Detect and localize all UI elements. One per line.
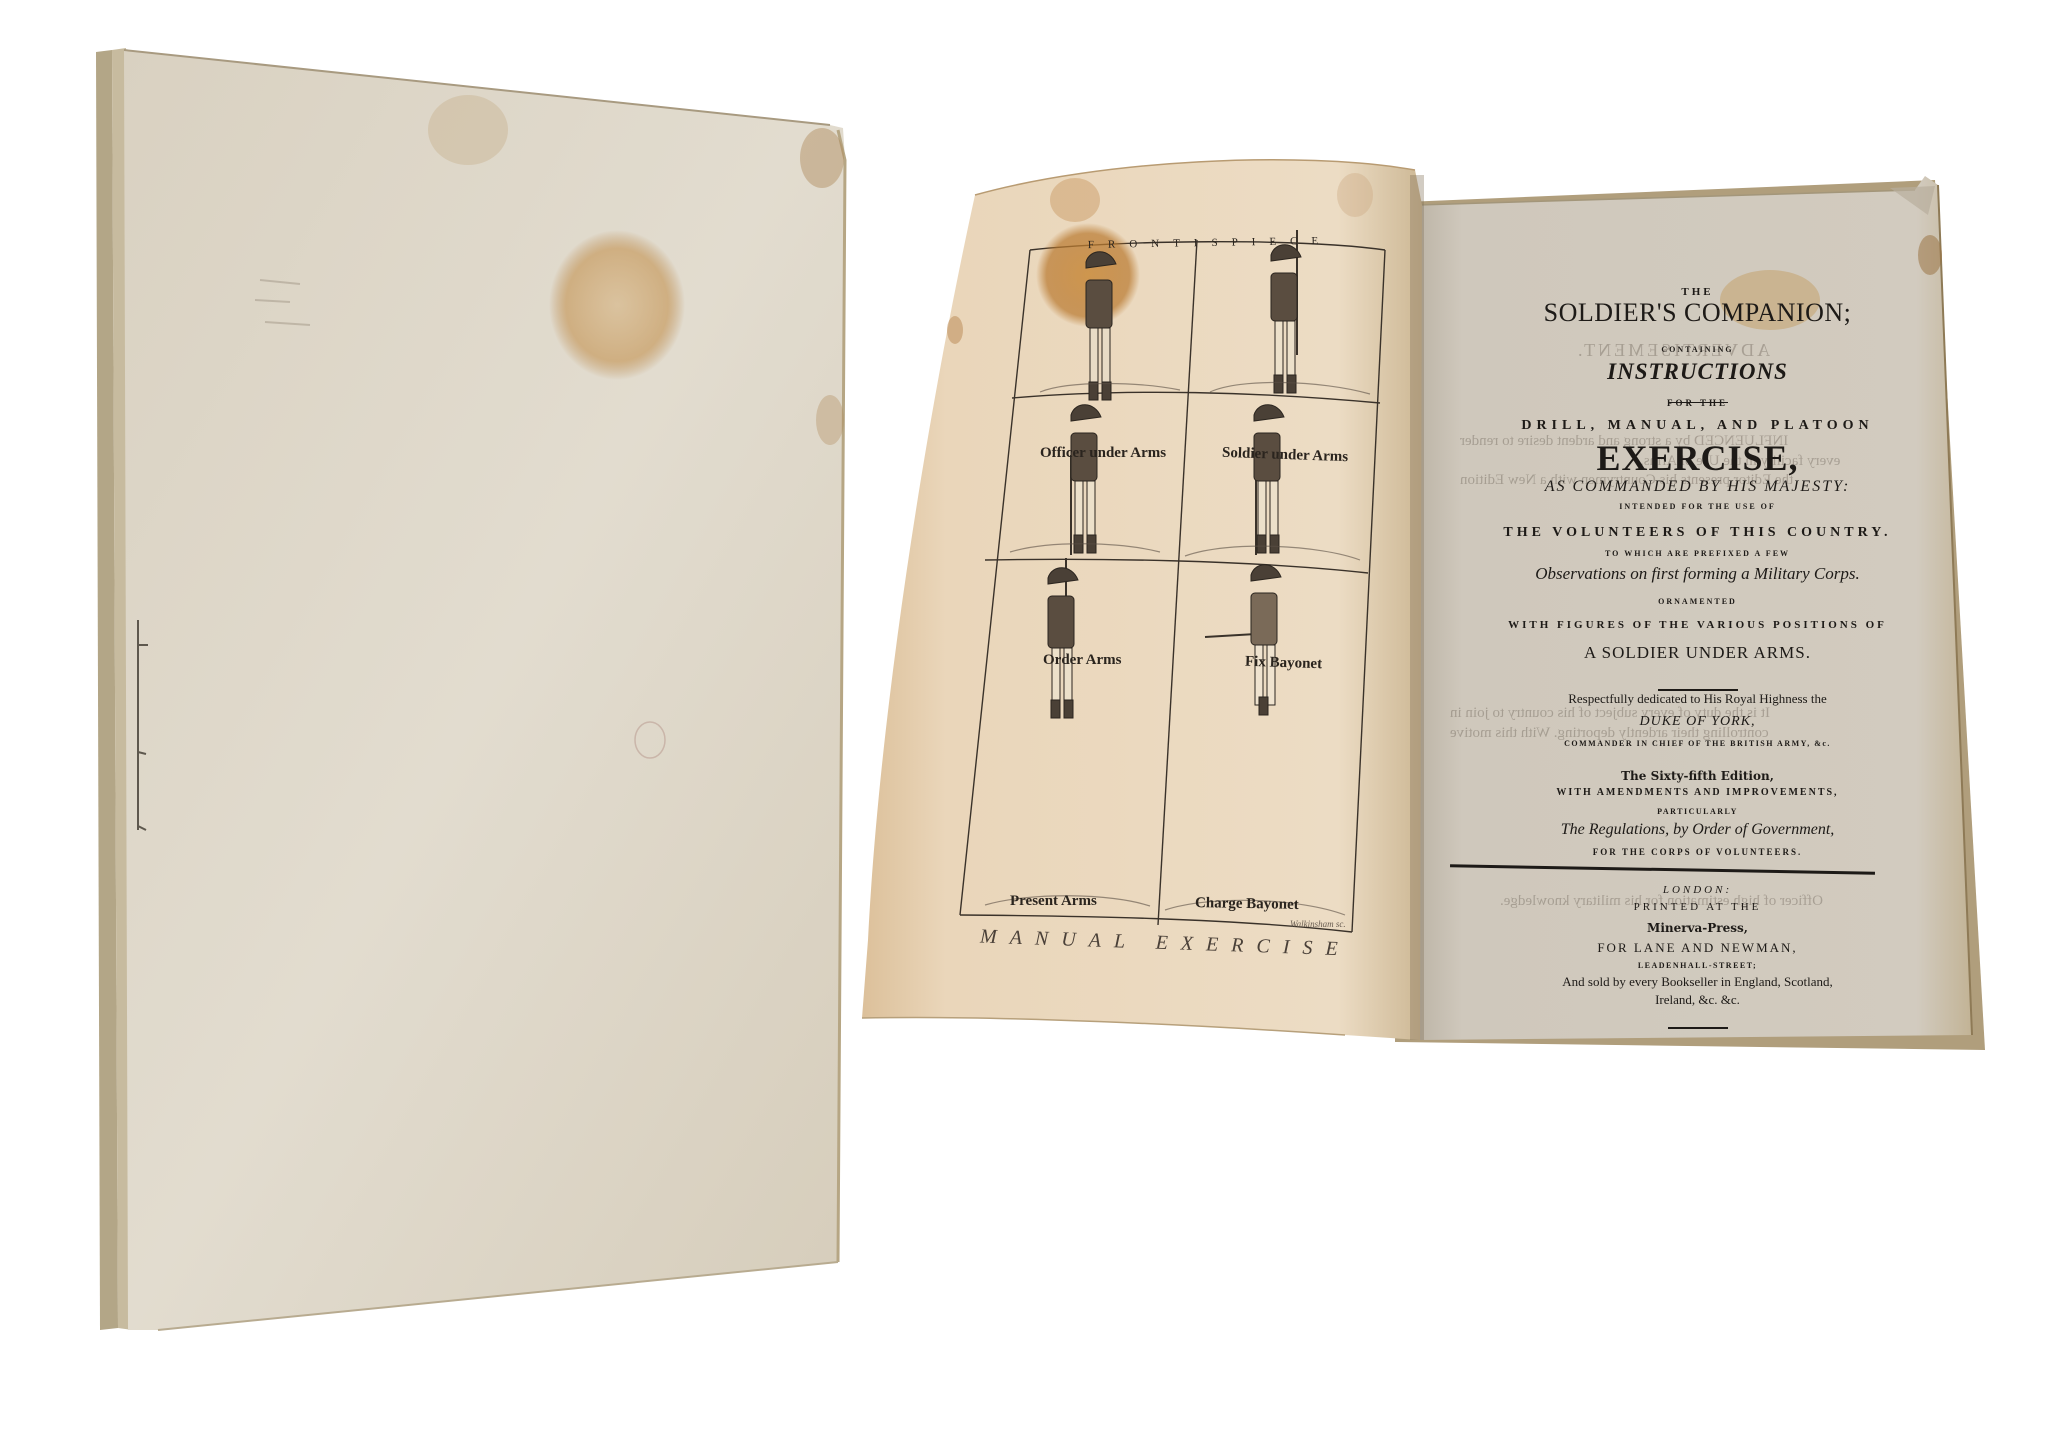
title-particularly: PARTICULARLY	[1425, 808, 1970, 816]
imprint-sold: And sold by every Bookseller in England,…	[1425, 975, 1970, 988]
plate-caption-charge-bayonet: Charge Bayonet	[1195, 895, 1299, 914]
imprint-london: LONDON:	[1425, 885, 1970, 896]
title-amendments: WITH AMENDMENTS AND IMPROVEMENTS,	[1425, 788, 1970, 798]
title-exercise: EXERCISE,	[1425, 440, 1970, 476]
title-soldier-under-arms: A SOLDIER UNDER ARMS.	[1425, 644, 1970, 661]
coffee-stain	[549, 230, 685, 380]
book-title: SOLDIER'S COMPANION;	[1425, 300, 1970, 326]
imprint-publisher: FOR LANE AND NEWMAN,	[1425, 941, 1970, 954]
title-prefixed: TO WHICH ARE PREFIXED A FEW	[1425, 550, 1970, 558]
title-regulations: The Regulations, by Order of Government,	[1425, 822, 1970, 838]
plate-caption-order-arms: Order Arms	[1043, 652, 1121, 669]
plate-caption-officer: Officer under Arms	[1040, 445, 1166, 462]
title-edition: The Sixty-fifth Edition,	[1425, 770, 1970, 782]
imprint-printed: PRINTED AT THE	[1425, 902, 1970, 913]
title-ornamented: ORNAMENTED	[1425, 598, 1970, 606]
title-the: THE	[1425, 287, 1970, 298]
title-commander: COMMANDER IN CHIEF OF THE BRITISH ARMY, …	[1425, 740, 1970, 748]
title-duke: DUKE OF YORK,	[1425, 715, 1970, 729]
title-containing: CONTAINING	[1425, 346, 1970, 354]
title-corps: FOR THE CORPS OF VOLUNTEERS.	[1425, 848, 1970, 857]
imprint-street: LEADENHALL-STREET;	[1425, 962, 1970, 970]
title-with-figures: WITH FIGURES OF THE VARIOUS POSITIONS OF	[1425, 620, 1970, 631]
imprint-press: Minerva-Press,	[1425, 922, 1970, 934]
cover	[124, 50, 845, 1330]
closed-booklet	[96, 48, 845, 1330]
title-rule-4	[1425, 1017, 1970, 1033]
imprint-ireland: Ireland, &c. &c.	[1425, 993, 1970, 1006]
title-observations: Observations on first forming a Military…	[1425, 565, 1970, 582]
frontispiece-page	[862, 160, 1422, 1040]
title-dedicated: Respectfully dedicated to His Royal High…	[1425, 692, 1970, 705]
title-instructions: INSTRUCTIONS	[1425, 360, 1970, 383]
title-intended: INTENDED FOR THE USE OF	[1425, 503, 1970, 511]
plate-caption-present-arms: Present Arms	[1010, 893, 1097, 910]
title-for-the: FOR THE	[1425, 399, 1970, 408]
engraver-signature: Walkinsham sc.	[1290, 919, 1346, 929]
title-drill: DRILL, MANUAL, AND PLATOON	[1425, 419, 1970, 433]
title-commanded: AS COMMANDED BY HIS MAJESTY:	[1425, 479, 1970, 495]
plate-caption-fix-bayonet: Fix Bayonet	[1245, 654, 1323, 674]
title-volunteers: THE VOLUNTEERS OF THIS COUNTRY.	[1425, 526, 1970, 540]
